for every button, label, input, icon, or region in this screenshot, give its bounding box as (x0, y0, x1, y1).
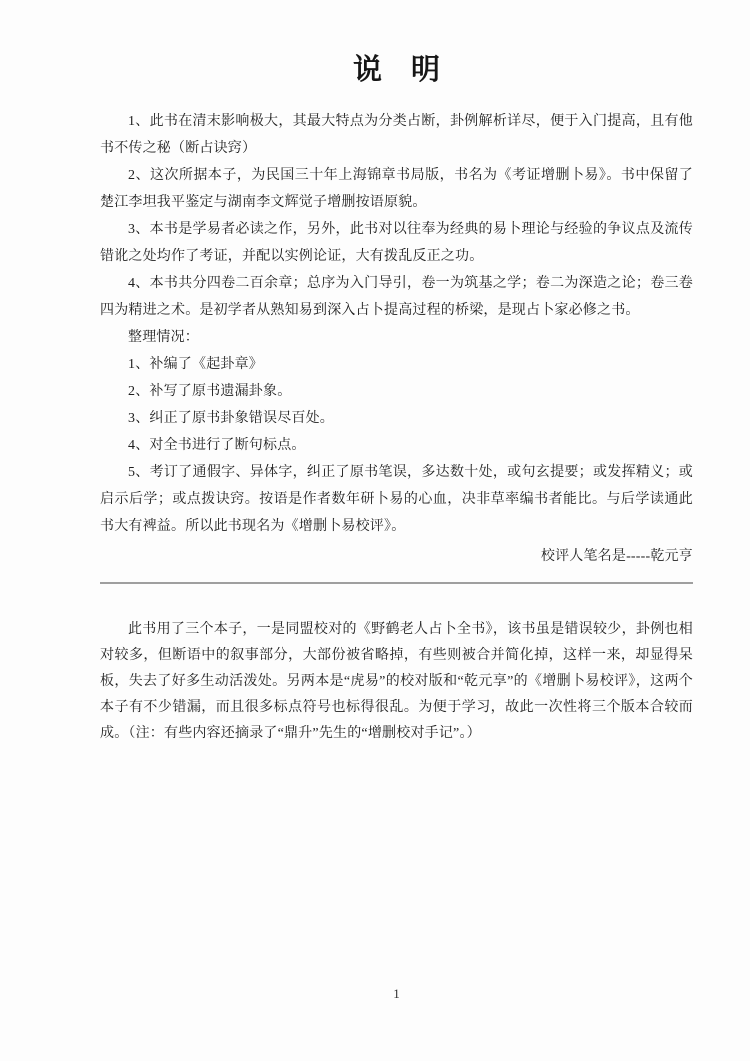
document-body: 1、此书在清末影响极大，其最大特点为分类占断，卦例解析详尽，便于入门提高，且有他… (100, 108, 693, 747)
revision-item-1: 1、补编了《起卦章》 (100, 351, 693, 378)
page-number: 1 (100, 986, 693, 1002)
revision-item-5: 5、考订了通假字、异体字，纠正了原书笔误，多达数十处，或句玄提要；或发挥精义；或… (100, 459, 693, 540)
intro-paragraph-4: 4、本书共分四卷二百余章；总序为入门导引，卷一为筑基之学；卷二为深造之论；卷三卷… (100, 270, 693, 324)
revision-item-4: 4、对全书进行了断句标点。 (100, 432, 693, 459)
signature-line: 校评人笔名是-----乾元亨 (100, 543, 693, 570)
closing-note: 此书用了三个本子，一是同盟校对的《野鹤老人占卜全书》，该书虽是错误较少，卦例也相… (100, 617, 693, 747)
page-title: 说 明 (100, 52, 693, 88)
revision-item-3: 3、纠正了原书卦象错误尽百处。 (100, 405, 693, 432)
divider-line (100, 582, 693, 584)
intro-paragraph-3: 3、本书是学易者必读之作，另外，此书对以往奉为经典的易卜理论与经验的争议点及流传… (100, 216, 693, 270)
revision-item-2: 2、补写了原书遗漏卦象。 (100, 378, 693, 405)
document-page: 说 明 1、此书在清末影响极大，其最大特点为分类占断，卦例解析详尽，便于入门提高… (0, 0, 750, 1061)
section-heading: 整理情况： (100, 324, 693, 351)
intro-paragraph-2: 2、这次所据本子，为民国三十年上海锦章书局版，书名为《考证增删卜易》。书中保留了… (100, 162, 693, 216)
intro-paragraph-1: 1、此书在清末影响极大，其最大特点为分类占断，卦例解析详尽，便于入门提高，且有他… (100, 108, 693, 162)
